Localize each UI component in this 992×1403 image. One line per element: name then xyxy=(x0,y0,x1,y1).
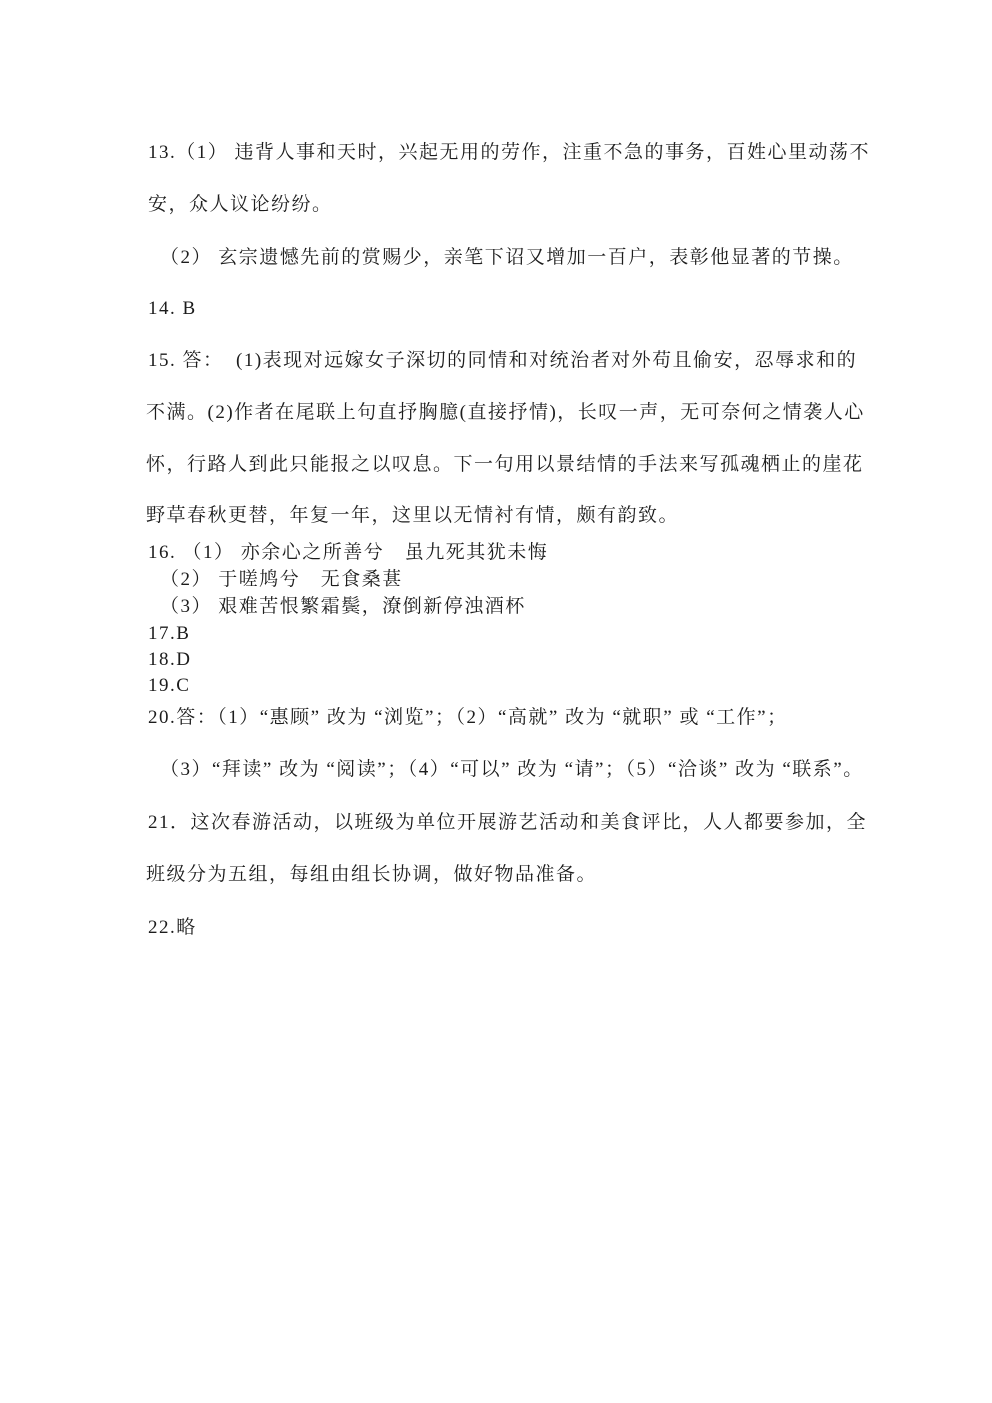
answer-15-line-1: 15. 答： (1)表现对远嫁女子深切的同情和对统治者对外苟且偷安，忍辱求和的 xyxy=(148,349,857,373)
answer-19: 19.C xyxy=(148,674,190,698)
answer-15-line-3: 怀，行路人到此只能报之以叹息。下一句用以景结情的手法来写孤魂栖止的崖花 xyxy=(146,453,864,477)
answer-13-line-1: 13.（1） 违背人事和天时，兴起无用的劳作，注重不急的事务，百姓心里动荡不 xyxy=(148,141,870,165)
answer-15-line-4: 野草春秋更替，年复一年，这里以无情衬有情，颇有韵致。 xyxy=(146,504,679,528)
answer-13-line-2: 安，众人议论纷纷。 xyxy=(148,193,333,217)
document-page: 13.（1） 违背人事和天时，兴起无用的劳作，注重不急的事务，百姓心里动荡不 安… xyxy=(0,0,992,1403)
answer-16-line-2: （2） 于嗟鸠兮 无食桑葚 xyxy=(160,568,403,592)
answer-17: 17.B xyxy=(148,622,190,646)
answer-16-line-1: 16. （1） 亦余心之所善兮 虽九死其犹未悔 xyxy=(148,541,548,565)
answer-22: 22.略 xyxy=(148,916,197,940)
answer-13-line-3: （2） 玄宗遗憾先前的赏赐少，亲笔下诏又增加一百户，表彰他显著的节操。 xyxy=(160,246,854,270)
answer-20-line-2: （3）“拜读” 改为 “阅读”；（4）“可以” 改为 “请”；（5）“洽谈” 改… xyxy=(160,758,864,782)
answer-21-line-2: 班级分为五组，每组由组长协调，做好物品准备。 xyxy=(146,863,597,887)
answer-16-line-3: （3） 艰难苦恨繁霜鬓，潦倒新停浊酒杯 xyxy=(160,595,526,619)
answer-18: 18.D xyxy=(148,648,191,672)
answer-15-line-2: 不满。(2)作者在尾联上句直抒胸臆(直接抒情)，长叹一声，无可奈何之情袭人心 xyxy=(146,401,865,425)
answer-20-line-1: 20.答：（1）“惠顾” 改为 “浏览”；（2）“高就” 改为 “就职” 或 “… xyxy=(148,706,788,730)
answer-14: 14. B xyxy=(148,297,197,321)
answer-21-line-1: 21．这次春游活动，以班级为单位开展游艺活动和美食评比，人人都要参加，全 xyxy=(148,811,867,835)
